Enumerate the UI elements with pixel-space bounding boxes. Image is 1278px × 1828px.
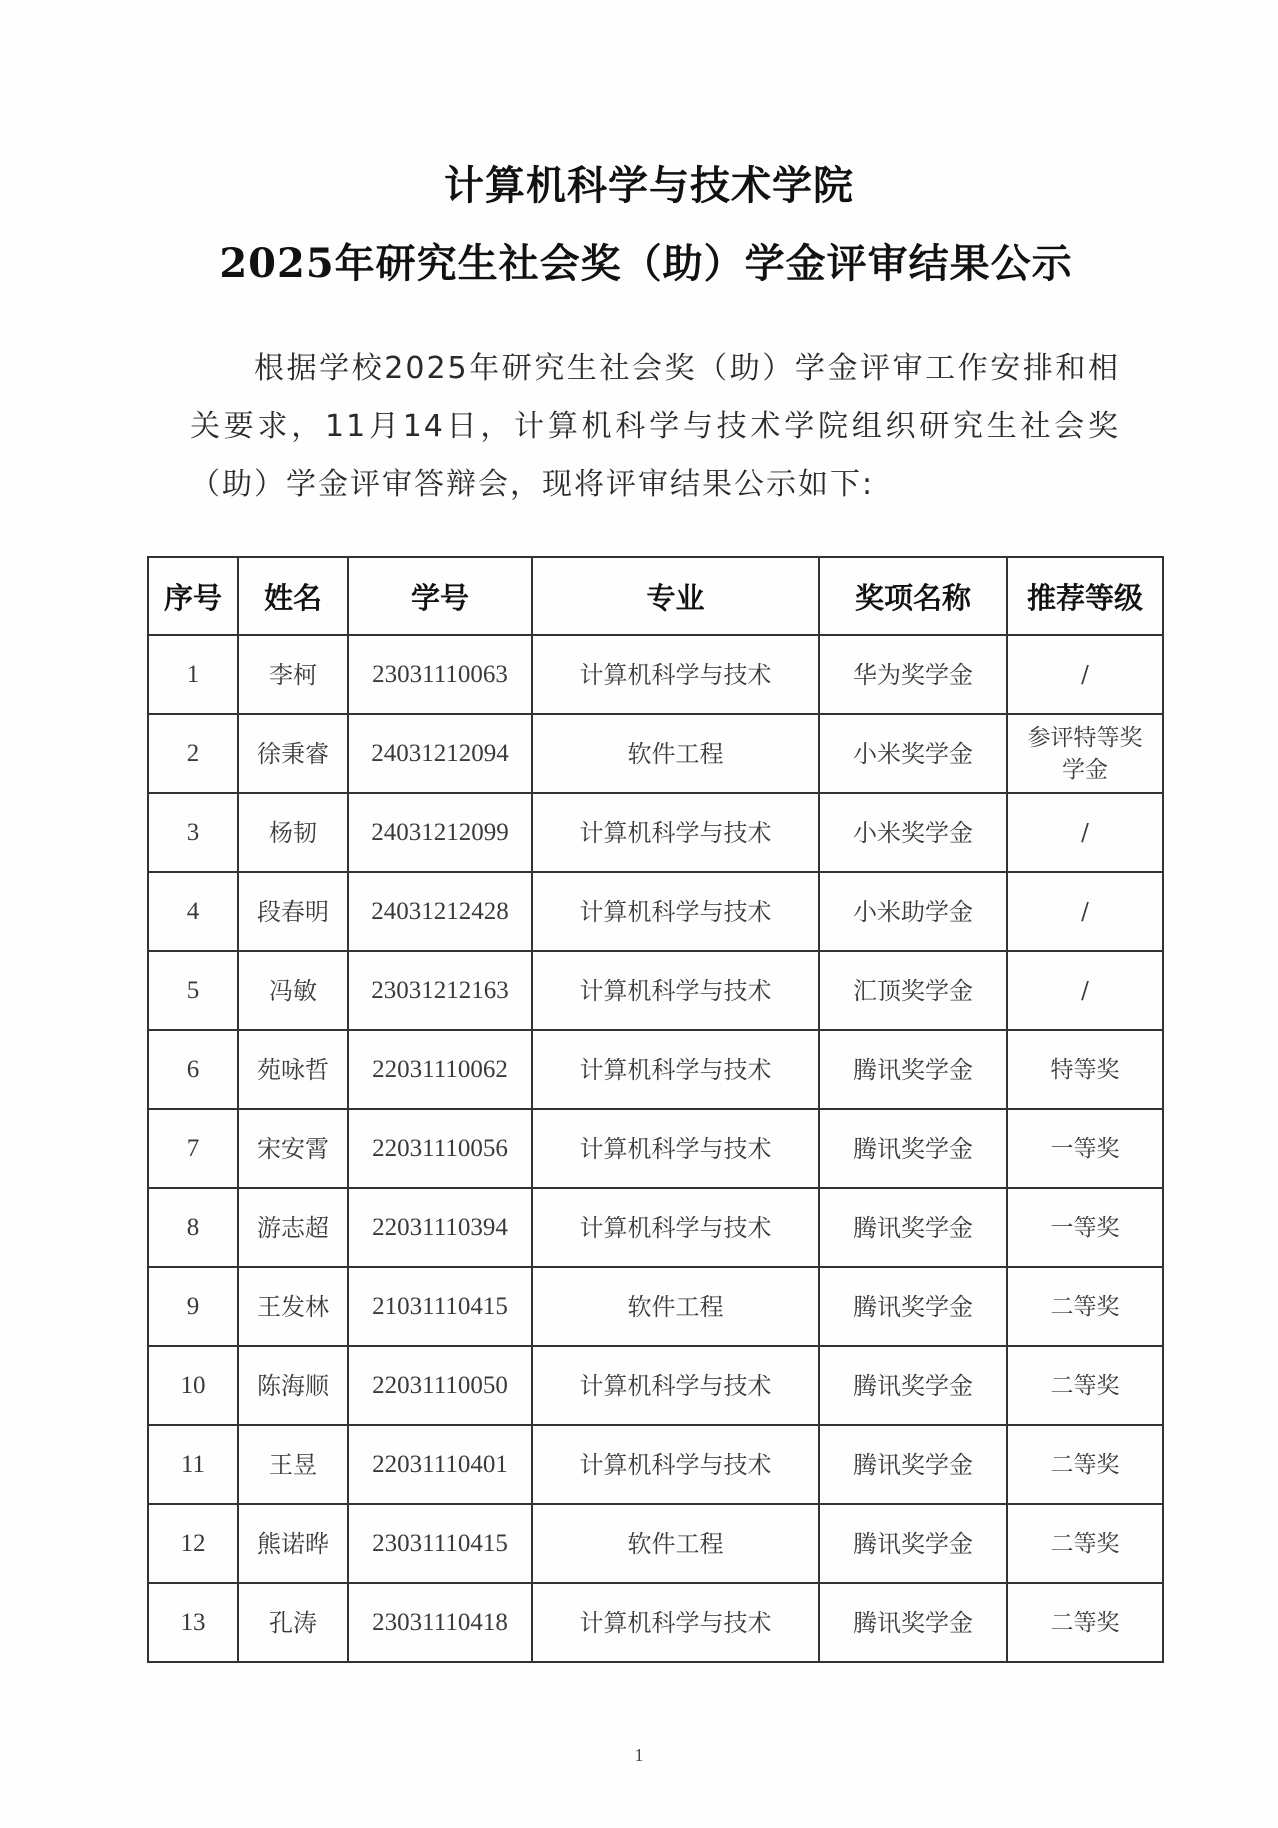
cell-student-id: 23031110063 <box>348 635 532 714</box>
cell-level: 二等奖 <box>1007 1583 1163 1662</box>
cell-major: 计算机科学与技术 <box>532 1030 819 1109</box>
cell-level: 一等奖 <box>1007 1188 1163 1267</box>
cell-name: 苑咏哲 <box>238 1030 348 1109</box>
header-index: 序号 <box>148 557 238 635</box>
cell-award: 小米奖学金 <box>819 714 1007 793</box>
cell-name: 王发林 <box>238 1267 348 1346</box>
table-row: 6 苑咏哲 22031110062 计算机科学与技术 腾讯奖学金 特等奖 <box>148 1030 1163 1109</box>
cell-student-id: 22031110056 <box>348 1109 532 1188</box>
cell-level: / <box>1007 872 1163 951</box>
cell-index: 1 <box>148 635 238 714</box>
cell-index: 5 <box>148 951 238 1030</box>
cell-major: 软件工程 <box>532 1504 819 1583</box>
cell-index: 8 <box>148 1188 238 1267</box>
cell-name: 徐秉睿 <box>238 714 348 793</box>
cell-name: 游志超 <box>238 1188 348 1267</box>
table-row: 2 徐秉睿 24031212094 软件工程 小米奖学金 参评特等奖学金 <box>148 714 1163 793</box>
cell-major: 计算机科学与技术 <box>532 635 819 714</box>
cell-award: 腾讯奖学金 <box>819 1267 1007 1346</box>
cell-award: 腾讯奖学金 <box>819 1109 1007 1188</box>
cell-major: 计算机科学与技术 <box>532 1188 819 1267</box>
cell-major: 计算机科学与技术 <box>532 1425 819 1504</box>
cell-level: 特等奖 <box>1007 1030 1163 1109</box>
header-name: 姓名 <box>238 557 348 635</box>
cell-major: 软件工程 <box>532 1267 819 1346</box>
intro-text: 根据学校2025年研究生社会奖（助）学金评审工作安排和相关要求，11月14日，计… <box>190 340 1120 514</box>
cell-award: 华为奖学金 <box>819 635 1007 714</box>
table-row: 5 冯敏 23031212163 计算机科学与技术 汇顶奖学金 / <box>148 951 1163 1030</box>
cell-name: 陈海顺 <box>238 1346 348 1425</box>
cell-major: 计算机科学与技术 <box>532 1583 819 1662</box>
table-row: 8 游志超 22031110394 计算机科学与技术 腾讯奖学金 一等奖 <box>148 1188 1163 1267</box>
cell-major: 软件工程 <box>532 714 819 793</box>
intro-paragraph: 根据学校2025年研究生社会奖（助）学金评审工作安排和相关要求，11月14日，计… <box>190 340 1120 514</box>
cell-student-id: 22031110394 <box>348 1188 532 1267</box>
cell-student-id: 22031110062 <box>348 1030 532 1109</box>
header-student-id: 学号 <box>348 557 532 635</box>
cell-level: 二等奖 <box>1007 1504 1163 1583</box>
table-row: 10 陈海顺 22031110050 计算机科学与技术 腾讯奖学金 二等奖 <box>148 1346 1163 1425</box>
table-row: 7 宋安霄 22031110056 计算机科学与技术 腾讯奖学金 一等奖 <box>148 1109 1163 1188</box>
cell-award: 腾讯奖学金 <box>819 1346 1007 1425</box>
cell-student-id: 22031110050 <box>348 1346 532 1425</box>
header-major: 专业 <box>532 557 819 635</box>
document-page: 计算机科学与技术学院 2025年研究生社会奖（助）学金评审结果公示 根据学校20… <box>0 0 1278 1828</box>
table-header-row: 序号 姓名 学号 专业 奖项名称 推荐等级 <box>148 557 1163 635</box>
cell-major: 计算机科学与技术 <box>532 1346 819 1425</box>
table-row: 9 王发林 21031110415 软件工程 腾讯奖学金 二等奖 <box>148 1267 1163 1346</box>
table-row: 13 孔涛 23031110418 计算机科学与技术 腾讯奖学金 二等奖 <box>148 1583 1163 1662</box>
table-row: 11 王昱 22031110401 计算机科学与技术 腾讯奖学金 二等奖 <box>148 1425 1163 1504</box>
cell-level: 二等奖 <box>1007 1425 1163 1504</box>
cell-index: 2 <box>148 714 238 793</box>
document-title-college: 计算机科学与技术学院 <box>10 158 1278 214</box>
cell-student-id: 22031110401 <box>348 1425 532 1504</box>
cell-student-id: 23031110415 <box>348 1504 532 1583</box>
table-row: 1 李柯 23031110063 计算机科学与技术 华为奖学金 / <box>148 635 1163 714</box>
cell-name: 宋安霄 <box>238 1109 348 1188</box>
cell-level: / <box>1007 951 1163 1030</box>
cell-level: / <box>1007 793 1163 872</box>
cell-index: 7 <box>148 1109 238 1188</box>
cell-award: 腾讯奖学金 <box>819 1583 1007 1662</box>
page-number: 1 <box>0 1745 1278 1766</box>
cell-name: 孔涛 <box>238 1583 348 1662</box>
cell-index: 13 <box>148 1583 238 1662</box>
cell-level: 参评特等奖学金 <box>1007 714 1163 793</box>
cell-student-id: 24031212428 <box>348 872 532 951</box>
cell-major: 计算机科学与技术 <box>532 872 819 951</box>
cell-name: 王昱 <box>238 1425 348 1504</box>
cell-award: 小米奖学金 <box>819 793 1007 872</box>
cell-award: 汇顶奖学金 <box>819 951 1007 1030</box>
cell-major: 计算机科学与技术 <box>532 1109 819 1188</box>
cell-award: 小米助学金 <box>819 872 1007 951</box>
cell-student-id: 24031212094 <box>348 714 532 793</box>
cell-major: 计算机科学与技术 <box>532 793 819 872</box>
document-title-announcement: 2025年研究生社会奖（助）学金评审结果公示 <box>7 236 1278 292</box>
cell-level: / <box>1007 635 1163 714</box>
cell-award: 腾讯奖学金 <box>819 1188 1007 1267</box>
cell-name: 熊诺晔 <box>238 1504 348 1583</box>
cell-student-id: 23031110418 <box>348 1583 532 1662</box>
cell-index: 9 <box>148 1267 238 1346</box>
cell-major: 计算机科学与技术 <box>532 951 819 1030</box>
cell-level: 二等奖 <box>1007 1346 1163 1425</box>
cell-student-id: 21031110415 <box>348 1267 532 1346</box>
header-level: 推荐等级 <box>1007 557 1163 635</box>
header-award: 奖项名称 <box>819 557 1007 635</box>
cell-index: 3 <box>148 793 238 872</box>
cell-student-id: 24031212099 <box>348 793 532 872</box>
cell-award: 腾讯奖学金 <box>819 1504 1007 1583</box>
cell-name: 段春明 <box>238 872 348 951</box>
table-row: 3 杨韧 24031212099 计算机科学与技术 小米奖学金 / <box>148 793 1163 872</box>
cell-index: 4 <box>148 872 238 951</box>
cell-award: 腾讯奖学金 <box>819 1030 1007 1109</box>
cell-student-id: 23031212163 <box>348 951 532 1030</box>
results-table: 序号 姓名 学号 专业 奖项名称 推荐等级 1 李柯 23031110063 计… <box>147 556 1164 1663</box>
cell-level: 一等奖 <box>1007 1109 1163 1188</box>
cell-name: 杨韧 <box>238 793 348 872</box>
cell-name: 李柯 <box>238 635 348 714</box>
cell-index: 11 <box>148 1425 238 1504</box>
table-row: 4 段春明 24031212428 计算机科学与技术 小米助学金 / <box>148 872 1163 951</box>
cell-index: 10 <box>148 1346 238 1425</box>
cell-name: 冯敏 <box>238 951 348 1030</box>
cell-level: 二等奖 <box>1007 1267 1163 1346</box>
cell-award: 腾讯奖学金 <box>819 1425 1007 1504</box>
cell-index: 12 <box>148 1504 238 1583</box>
cell-index: 6 <box>148 1030 238 1109</box>
table-row: 12 熊诺晔 23031110415 软件工程 腾讯奖学金 二等奖 <box>148 1504 1163 1583</box>
